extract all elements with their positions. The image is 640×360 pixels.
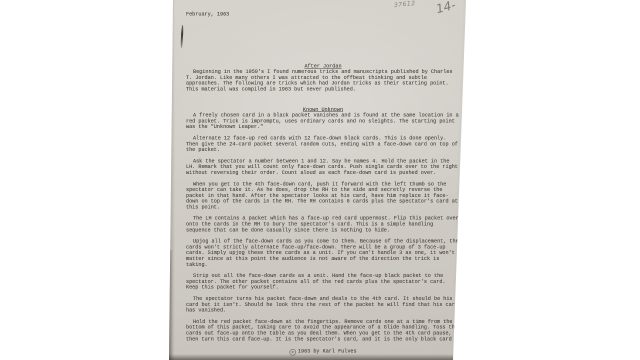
photographed-document-page: February, 1963 After JordanBeginning in … (0, 0, 640, 360)
circled-c-copyright-icon: c (289, 349, 296, 356)
paragraph: Hold the red packet face-down at the fin… (186, 319, 460, 342)
paragraph: When you get to the 4th face-down card, … (186, 182, 460, 211)
paragraph: Upjog all of the face-down cards as you … (186, 239, 460, 268)
paragraph: The LH contains a packet which has a fac… (186, 216, 460, 233)
copyright-text: 1963 by Karl Fulves (298, 349, 357, 355)
paragraph: Ask the spectator a number between 1 and… (186, 159, 460, 176)
sections: After JordanBeginning in the 1950's I fo… (186, 64, 460, 343)
paper-sheet: February, 1963 After JordanBeginning in … (160, 0, 472, 360)
paragraph: Strip out all the face-down cards as a u… (186, 274, 460, 291)
paragraph: A freely chosen card in a black packet v… (186, 113, 460, 130)
paragraph: Beginning in the 1950's I found numerous… (186, 70, 460, 93)
paragraph: Alternate 12 face-up red cards with 12 f… (186, 136, 460, 153)
paragraph: The spectator turns his packet face-down… (186, 297, 460, 314)
typewritten-text: February, 1963 After JordanBeginning in … (186, 12, 460, 356)
copyright-line: c1963 by Karl Fulves (186, 349, 460, 356)
paper-left-edge-shadow-lower (168, 250, 173, 360)
document-date: February, 1963 (186, 12, 460, 18)
